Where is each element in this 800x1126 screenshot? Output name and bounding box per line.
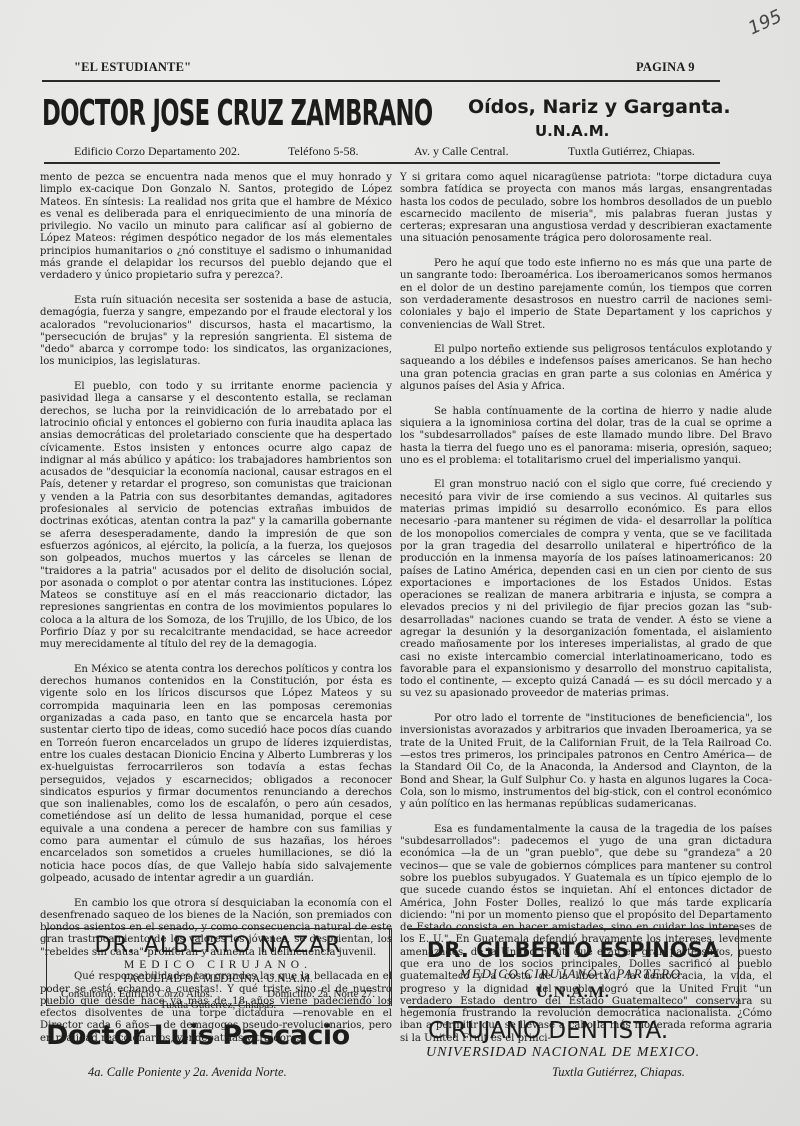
ad-pascacio-address: 4a. Calle Poniente y 2a. Avenida Norte. [88, 1065, 287, 1080]
ad-pascacio-city: Tuxtla Gutiérrez, Chiapas. [552, 1065, 685, 1080]
ad-espinosa-name: DR. GILBERTO ESPINOSA [408, 938, 738, 962]
ad-alberto-nazar: DR. ALBERTO NAZAR MEDICO CIRUJANO. FACUL… [46, 928, 392, 1006]
page-number: PAGINA 9 [636, 60, 695, 75]
article-paragraph: Por otro lado el torrente de "institucio… [400, 713, 772, 811]
header-rule-bottom [44, 162, 720, 164]
banner-phone: Teléfono 5-58. [288, 144, 358, 159]
article-paragraph: En México se atenta contra los derechos … [40, 664, 392, 885]
article-paragraph: El gran monstruo nació con el siglo que … [400, 479, 772, 700]
ad-espinosa-role: MEDICO CIRUJANO Y PARTERO. [408, 966, 738, 982]
article-paragraph: Y si gritara como aquel nicaragüense pat… [400, 172, 772, 246]
article-column-right: Y si gritara como aquel nicaragüense pat… [400, 172, 772, 1057]
handwritten-page-number: 195 [745, 6, 785, 40]
ad-gilberto-espinosa: DR. GILBERTO ESPINOSA MEDICO CIRUJANO Y … [408, 928, 739, 1008]
article-paragraph: Esta ruín situación necesita ser sosteni… [40, 295, 392, 369]
banner-city: Tuxtla Gutiérrez, Chiapas. [568, 144, 695, 159]
article-paragraph: mento de pezca se encuentra nada menos q… [40, 172, 392, 283]
ad-pascacio-university: UNIVERSIDAD NACIONAL DE MEXICO. [426, 1045, 700, 1061]
banner-specialty: Oídos, Nariz y Garganta. [468, 96, 731, 118]
ad-nazar-city: Tuxtla Gutiérrez, Chiapas. [47, 999, 389, 1011]
banner-institution: U.N.A.M. [535, 122, 609, 140]
article-column-left: mento de pezca se encuentra nada menos q… [40, 172, 392, 1057]
banner-street: Av. y Calle Central. [414, 144, 509, 159]
article-paragraph: Pero he aquí que todo este infierno no e… [400, 258, 772, 332]
publication-name: "EL ESTUDIANTE" [74, 60, 191, 75]
newspaper-page: 195 "EL ESTUDIANTE" PAGINA 9 DOCTOR JOSE… [0, 0, 800, 1126]
article-paragraph: Se habla contínuamente de la cortina de … [400, 406, 772, 467]
ad-nazar-name: DR. ALBERTO NAZAR [47, 933, 389, 958]
ad-nazar-role: MEDICO CIRUJANO. [47, 959, 389, 971]
ad-pascacio-name: Doctor Luis Pascacio [46, 1020, 350, 1051]
header-rule-top [42, 80, 720, 82]
ad-nazar-faculty: FACULTAD DE MEDICINA. U.N.A.M. [47, 973, 389, 985]
article-paragraph: El pulpo norteño extiende sus peligrosos… [400, 344, 772, 393]
banner-doctor-name: DOCTOR JOSE CRUZ ZAMBRANO [42, 88, 281, 140]
banner-address: Edificio Corzo Departamento 202. [74, 144, 240, 159]
ad-espinosa-institution: U.N.A.M. [408, 984, 738, 1002]
ad-pascacio-title: CIRUJANO DENTISTA. [428, 1018, 668, 1044]
article-paragraph: El pueblo, con todo y su irritante enorm… [40, 381, 392, 652]
